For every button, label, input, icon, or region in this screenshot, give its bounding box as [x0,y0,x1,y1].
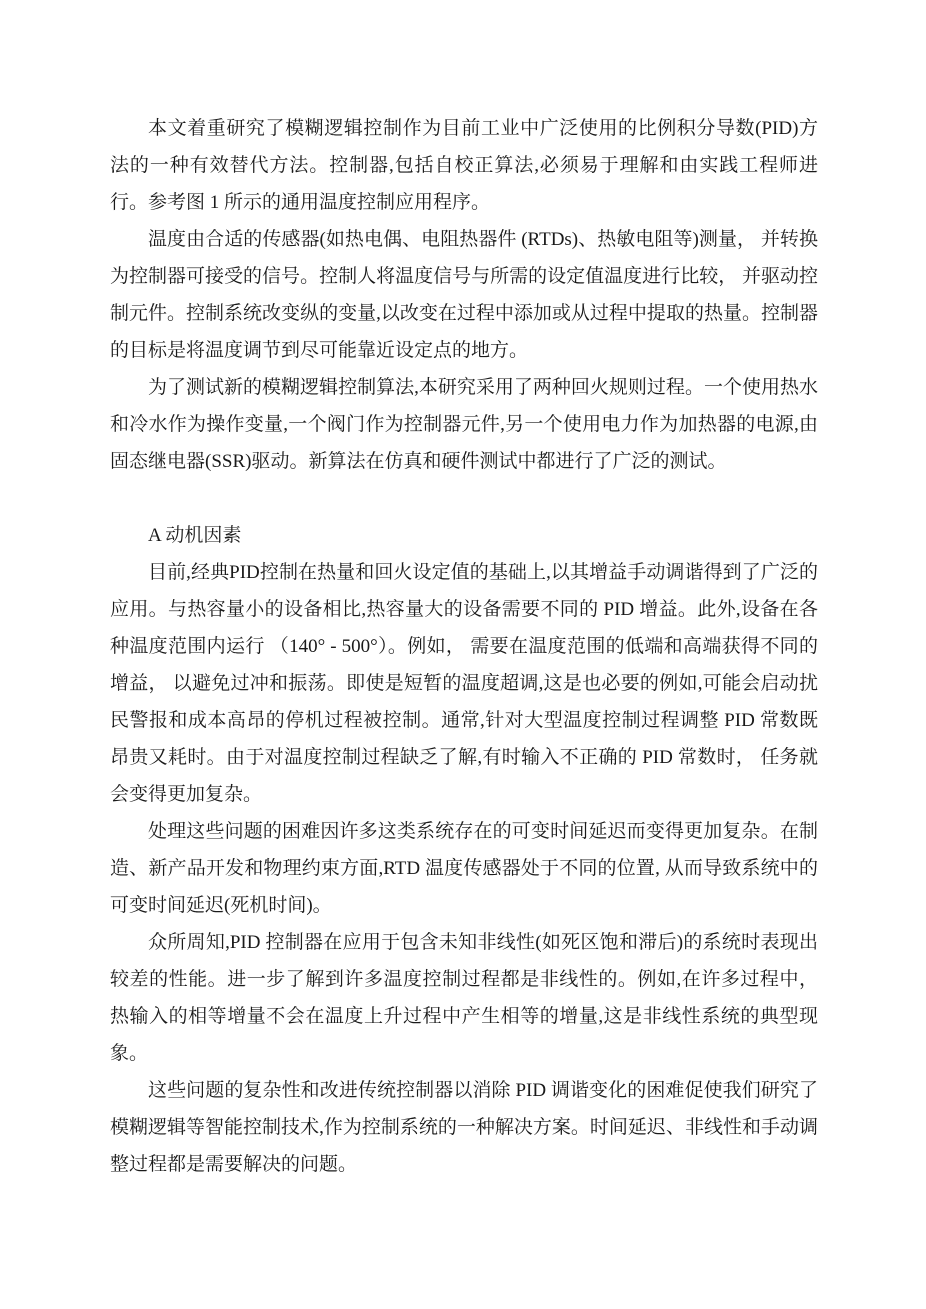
intro-paragraph-1: 本文着重研究了模糊逻辑控制作为目前工业中广泛使用的比例积分导数(PID)方法的一… [110,110,818,221]
section-heading-motivation-factors: A 动机因素 [110,517,818,554]
section-paragraph-3: 众所周知,PID 控制器在应用于包含未知非线性(如死区饱和滞后)的系统时表现出较… [110,924,818,1072]
section-paragraph-4: 这些问题的复杂性和改进传统控制器以消除 PID 调谐变化的困难促使我们研究了模糊… [110,1072,818,1183]
intro-paragraph-3: 为了测试新的模糊逻辑控制算法,本研究采用了两种回火规则过程。一个使用热水和冷水作… [110,369,818,480]
section-paragraph-1: 目前,经典PID控制在热量和回火设定值的基础上,以其增益手动调谐得到了广泛的应用… [110,554,818,813]
section-paragraph-2: 处理这些问题的困难因许多这类系统存在的可变时间延迟而变得更加复杂。在制造、新产品… [110,813,818,924]
intro-paragraph-2: 温度由合适的传感器(如热电偶、电阻热器件 (RTDs)、热敏电阻等)测量， 并转… [110,221,818,369]
document-page: 本文着重研究了模糊逻辑控制作为目前工业中广泛使用的比例积分导数(PID)方法的一… [0,0,926,1309]
document-body: 本文着重研究了模糊逻辑控制作为目前工业中广泛使用的比例积分导数(PID)方法的一… [110,110,818,1183]
